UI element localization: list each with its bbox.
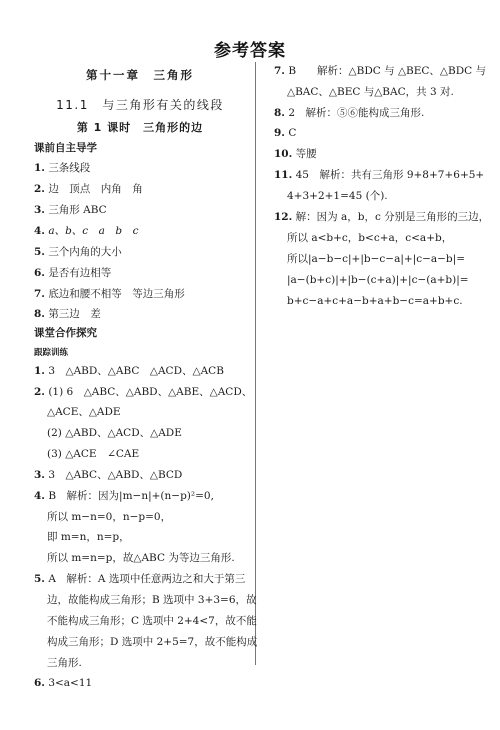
section-heading: 11.1 与三角形有关的线段: [34, 98, 246, 112]
answer-item-cont: 即 m=n，n=p，: [47, 530, 130, 544]
answer-item-cont: (2) △ABD、△ACD、△ADE: [47, 426, 182, 440]
answer-item-cont: 所以|a−b−c|+|b−c−a|+|c−a−b|=: [287, 252, 465, 266]
answer-item-cont: △BAC、△BEC 与△BAC，共 3 对.: [287, 85, 454, 99]
answer-item: 3. 3 △ABC、△ABD、△BCD: [34, 468, 182, 482]
answer-item-cont: 三角形.: [47, 656, 82, 670]
answer-item: 7. 底边和腰不相等 等边三角形: [34, 287, 185, 301]
answer-item: 7. B 解析：△BDC 与 △BEC、△BDC 与: [274, 64, 486, 78]
answer-item: 5. A 解析：A 选项中任意两边之和大于第三: [34, 572, 245, 586]
answer-item: 6. 3<a<11: [34, 676, 92, 690]
answer-item-cont: (3) △ACE ∠CAE: [47, 447, 139, 461]
answer-item: 2. 边 顶点 内角 角: [34, 182, 143, 196]
column-divider: [255, 62, 256, 665]
answer-item: 8. 第三边 差: [34, 307, 101, 321]
answer-item-cont: 所以 a<b+c，b<c+a，c<a+b，: [287, 231, 452, 245]
answer-item-cont: △ACE、△ADE: [47, 405, 121, 419]
answer-item: 4. a、b、c a b c: [34, 224, 139, 238]
answer-item-cont: |a−(b+c)|+|b−(c+a)|+|c−(a+b)|=: [287, 273, 469, 287]
answer-item: 9. C: [274, 126, 296, 140]
answer-item-cont: 边，故能构成三角形；B 选项中 3+3=6，故: [47, 593, 257, 607]
answer-item: 1. 三条线段: [34, 161, 90, 175]
answer-item: 12. 解：因为 a，b，c 分别是三角形的三边，: [274, 210, 489, 224]
answer-item-cont: 不能构成三角形；C 选项中 2+4<7，故不能: [47, 614, 257, 628]
answer-item: 6. 是否有边相等: [34, 266, 111, 280]
answer-item-cont: 所以 m−n=0，n−p=0，: [47, 510, 171, 524]
answer-item: 11. 45 解析：共有三角形 9+8+7+6+5+: [274, 168, 484, 182]
answer-item-cont: 构成三角形；D 选项中 2+5=7，故不能构成: [47, 635, 257, 649]
subsection-title-tracking: 跟踪训练: [34, 346, 68, 360]
answer-item-cont: 4+3+2+1=45 (个).: [287, 189, 388, 203]
answer-item: 3. 三角形 ABC: [34, 203, 107, 217]
answer-item: 5. 三个内角的大小: [34, 245, 122, 259]
answer-item: 10. 等腰: [274, 147, 317, 161]
answer-item: 4. B 解析：因为|m−n|+(n−p)²=0,: [34, 489, 214, 503]
section-title-class-explore: 课堂合作探究: [34, 326, 97, 340]
answer-item: 2. (1) 6 △ABC、△ABD、△ABE、△ACD、: [34, 385, 252, 399]
answer-item: 8. 2 解析：⑤⑥能构成三角形.: [274, 106, 424, 120]
answer-item: 1. 3 △ABD、△ABC △ACD、△ACB: [34, 364, 224, 378]
page-title: 参考答案: [0, 36, 500, 61]
answer-item-cont: 所以 m=n=p，故△ABC 为等边三角形.: [47, 551, 235, 565]
lesson-heading: 第 1 课时 三角形的边: [34, 121, 246, 135]
chapter-heading: 第十一章 三角形: [34, 68, 246, 82]
section-title-pre-study: 课前自主导学: [34, 141, 97, 155]
answer-item-cont: b+c−a+c+a−b+a+b−c=a+b+c.: [287, 294, 463, 308]
